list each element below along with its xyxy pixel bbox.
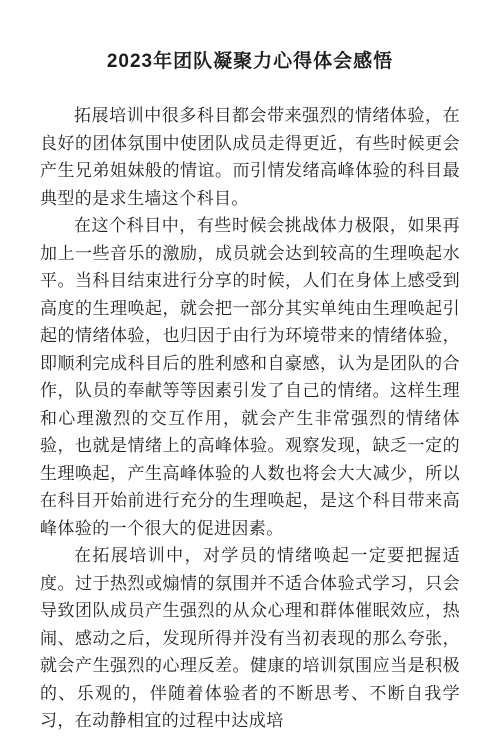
document-body: 拓展培训中很多科目都会带来强烈的情绪体验，在良好的团体氛围中使团队成员走得更近，… <box>40 102 460 735</box>
paragraph: 拓展培训中很多科目都会带来强烈的情绪体验，在良好的团体氛围中使团队成员走得更近，… <box>40 102 460 212</box>
document-page: 2023年团队凝聚力心得体会感悟 拓展培训中很多科目都会带来强烈的情绪体验，在良… <box>0 0 500 738</box>
document-title: 2023年团队凝聚力心得体会感悟 <box>0 0 500 75</box>
paragraph: 在这个科目中，有些时候会挑战体力极限，如果再加上一些音乐的激励，成员就会达到较高… <box>40 212 460 542</box>
paragraph: 在拓展培训中，对学员的情绪唤起一定要把握适度。过于热烈或煽情的氛围并不适合体验式… <box>40 542 460 735</box>
